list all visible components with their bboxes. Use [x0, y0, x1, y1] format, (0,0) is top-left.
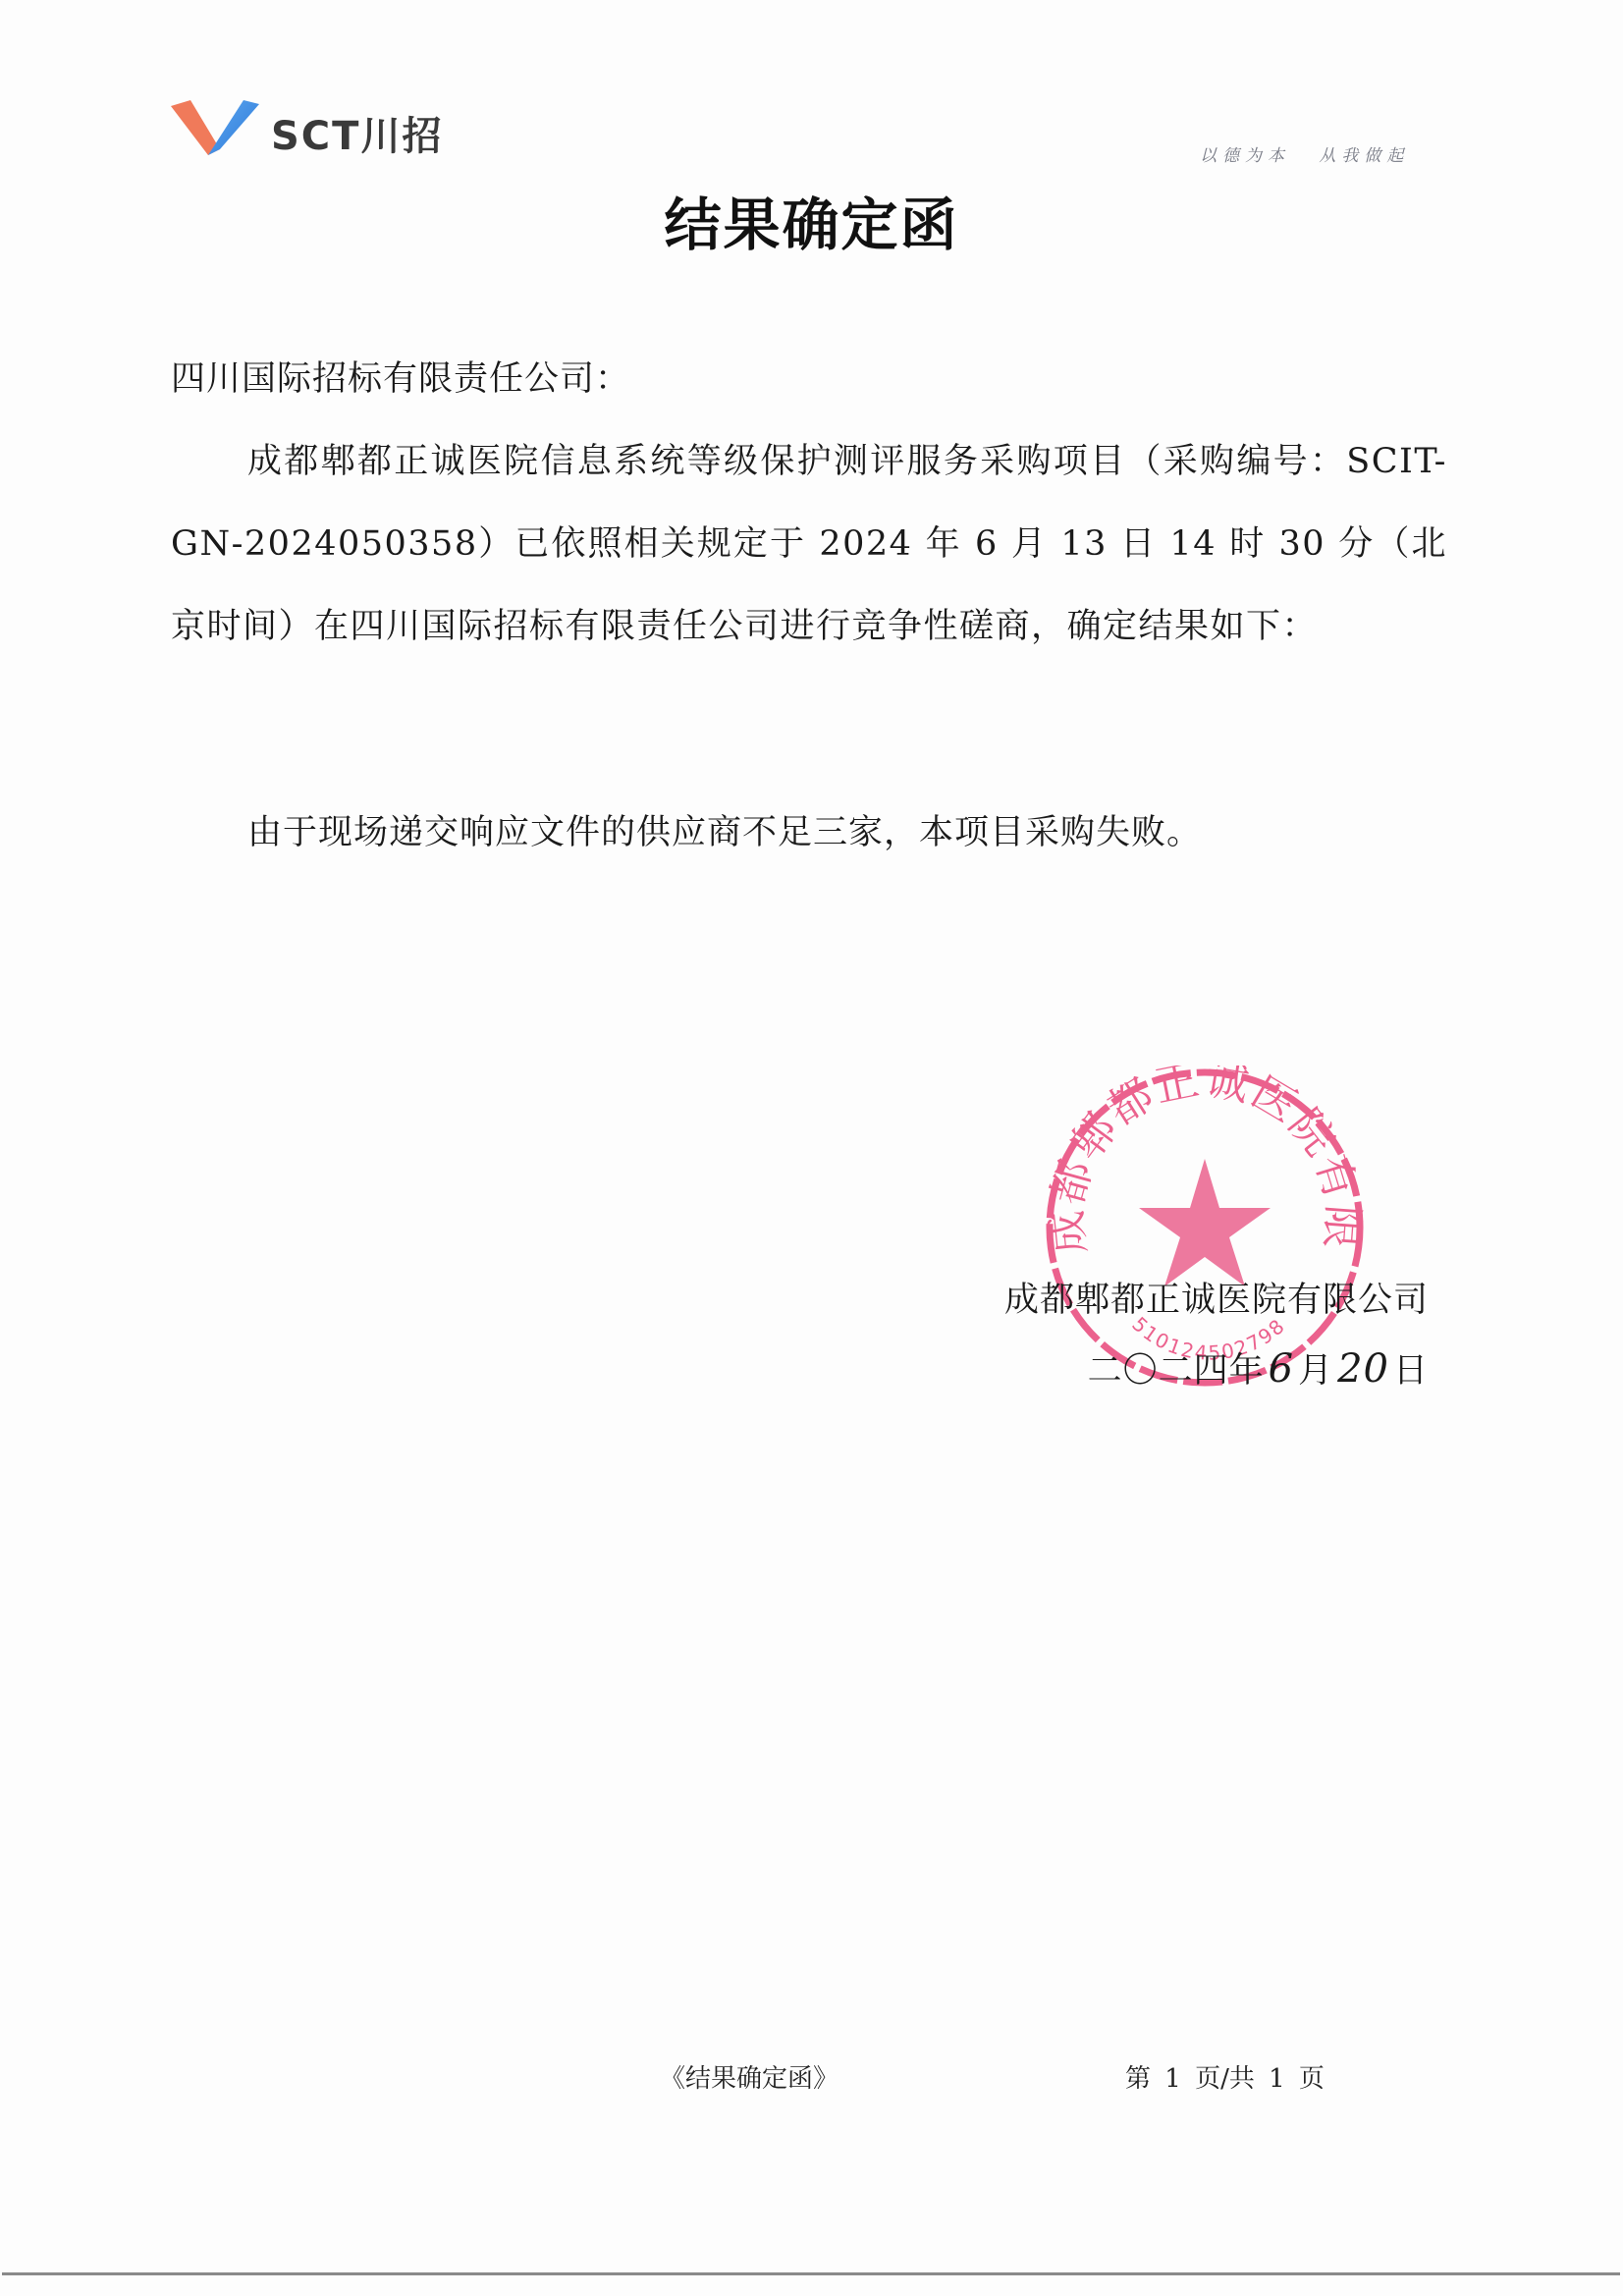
document-title: 结果确定函: [0, 179, 1623, 261]
v-logo-icon: [169, 98, 267, 157]
date-month-unit: 月: [1298, 1343, 1333, 1393]
body-paragraph: 成都郫都正诚医院信息系统等级保护测评服务采购项目（采购编号：SCIT-GN-20…: [171, 420, 1447, 668]
footer-doc-name: 《结果确定函》: [660, 2058, 839, 2095]
date-year: 二〇二四年: [1088, 1343, 1265, 1393]
document-page: SCT川招 以德为本 从我做起 结果确定函 四川国际招标有限责任公司： 成都郫都…: [0, 0, 1623, 2296]
date-day-unit: 日: [1393, 1343, 1429, 1393]
logo-text: SCT川招: [271, 105, 443, 161]
signer-name: 成都郫都正诚医院有限公司: [1004, 1273, 1429, 1322]
date-month-handwritten: 6: [1269, 1346, 1294, 1392]
result-statement: 由于现场递交响应文件的供应商不足三家，本项目采购失败。: [247, 805, 1202, 854]
date-day-handwritten: 20: [1337, 1346, 1389, 1392]
company-logo: SCT川招: [169, 98, 443, 157]
addressee: 四川国际招标有限责任公司：: [171, 352, 630, 401]
company-motto: 以德为本 从我做起: [1200, 141, 1409, 166]
signature-date: 二〇二四年 6 月 20 日: [1088, 1343, 1429, 1393]
company-seal-icon: 成都郫都正诚医院有限公司 5101245027983: [1043, 1066, 1367, 1390]
footer-page-number: 第 1 页/共 1 页: [1125, 2058, 1325, 2095]
bottom-divider: [2, 2272, 1620, 2275]
